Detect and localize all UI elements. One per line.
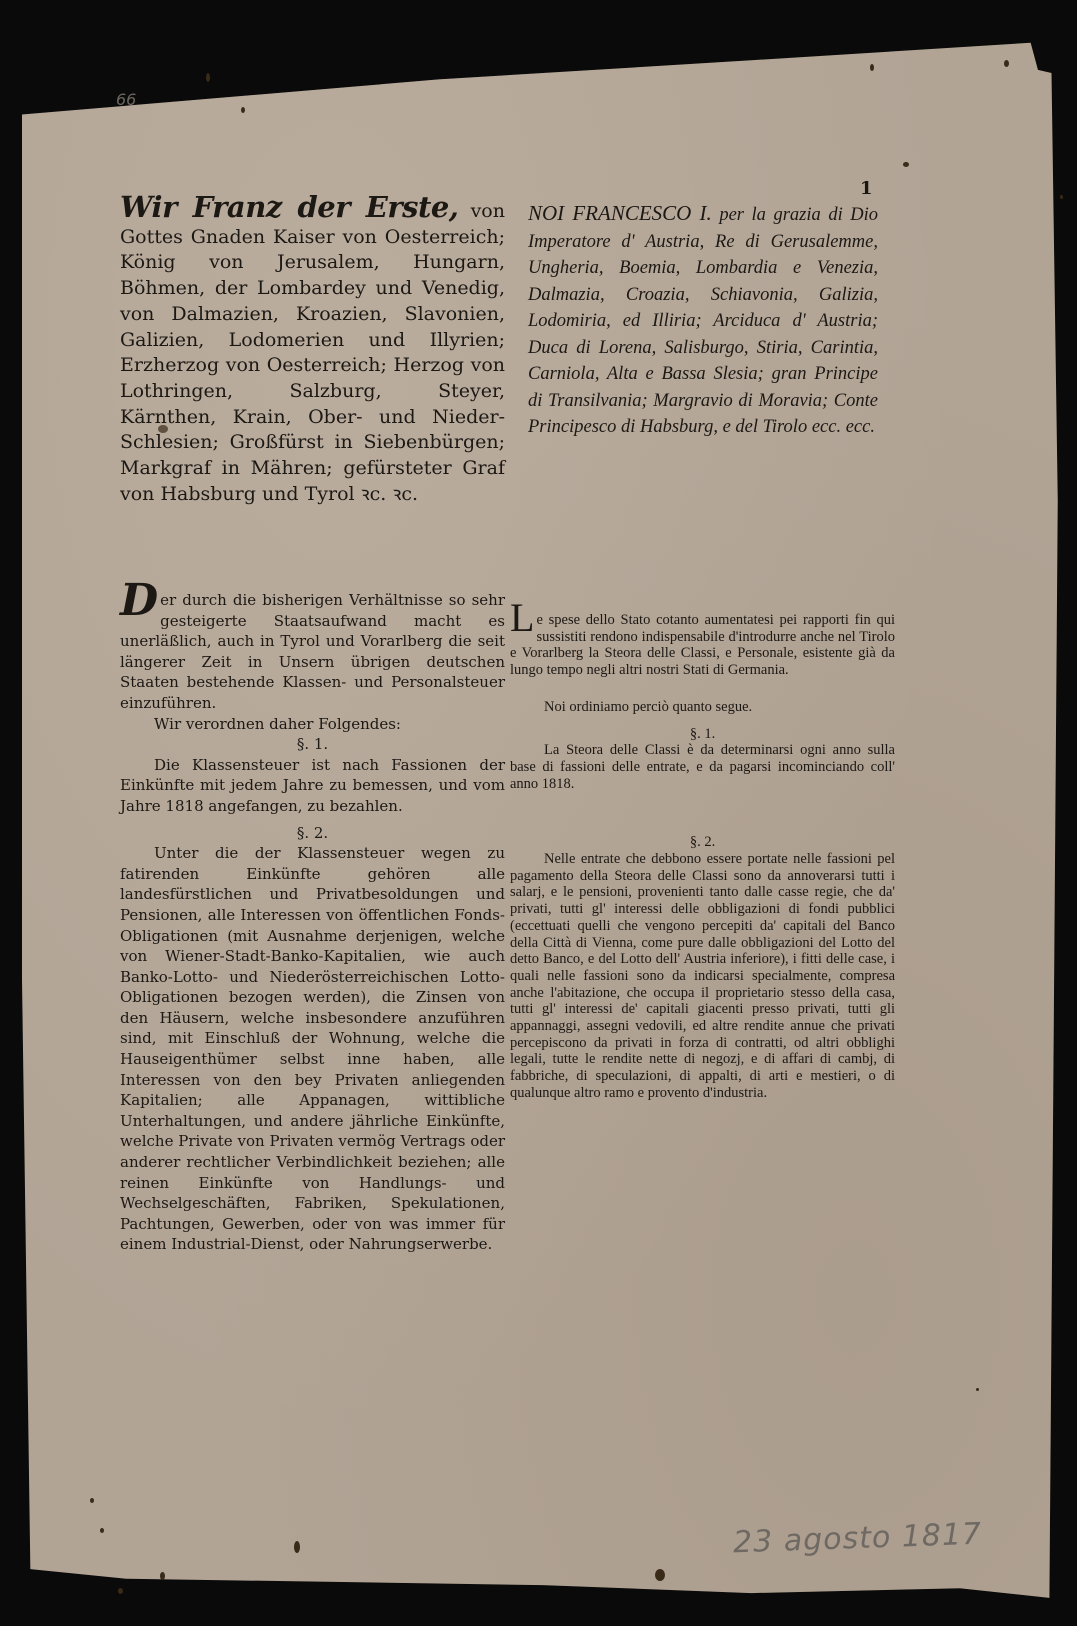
german-section-1-text: Die Klassensteuer ist nach Fassionen der… bbox=[120, 755, 505, 817]
italian-body: Le spese dello Stato cotanto aumentatesi… bbox=[510, 612, 895, 1102]
foxing-stain bbox=[976, 1388, 979, 1391]
italian-section-2-text: Nelle entrate che debbono essere portate… bbox=[510, 851, 895, 1102]
foxing-stain bbox=[160, 1572, 165, 1580]
italian-section-1-heading: §. 1. bbox=[510, 726, 895, 743]
german-title-text: von Gottes Gnaden Kaiser von Oesterreich… bbox=[120, 200, 505, 505]
italian-section-1-text: La Steora delle Classi è da determinarsi… bbox=[510, 742, 895, 792]
printed-page-numeral: 1 bbox=[860, 178, 873, 199]
italian-title-lead: NOI FRANCESCO I. bbox=[528, 201, 712, 225]
foxing-stain bbox=[870, 64, 874, 71]
foxing-stain bbox=[1060, 195, 1063, 199]
german-body: Der durch die bisherigen Verhältnisse so… bbox=[120, 590, 505, 1255]
german-section-1-heading: §. 1. bbox=[120, 734, 505, 755]
foxing-stain bbox=[100, 1528, 104, 1533]
foxing-stain bbox=[655, 1569, 665, 1581]
italian-drop-cap: L bbox=[510, 602, 534, 634]
german-title-block: Wir Franz der Erste, von Gottes Gnaden K… bbox=[120, 195, 505, 507]
pencil-page-number: 66 bbox=[116, 90, 136, 109]
german-title-lead: Wir Franz der Erste, bbox=[120, 190, 458, 224]
german-section-2-heading: §. 2. bbox=[120, 823, 505, 844]
italian-title-text: per la grazia di Dio Imperatore d' Austr… bbox=[528, 205, 878, 437]
italian-title-block: NOI FRANCESCO I. per la grazia di Dio Im… bbox=[528, 200, 878, 441]
italian-decree-line: Noi ordiniamo perciò quanto segue. bbox=[510, 699, 895, 716]
foxing-stain bbox=[241, 107, 245, 113]
german-drop-cap: D bbox=[120, 582, 158, 620]
foxing-stain bbox=[294, 1541, 300, 1553]
italian-section-2-heading: §. 2. bbox=[510, 834, 895, 851]
german-section-2-text: Unter die der Klassensteuer wegen zu fat… bbox=[120, 843, 505, 1255]
foxing-stain bbox=[118, 1588, 123, 1594]
italian-intro-text: e spese dello Stato cotanto aumentatesi … bbox=[510, 612, 895, 678]
german-intro-text: er durch die bisherigen Verhältnisse so … bbox=[120, 591, 505, 712]
foxing-stain bbox=[903, 162, 909, 167]
foxing-stain bbox=[90, 1498, 94, 1503]
foxing-stain bbox=[206, 73, 210, 82]
german-decree-line: Wir verordnen daher Folgendes: bbox=[120, 714, 505, 735]
german-intro-paragraph: Der durch die bisherigen Verhältnisse so… bbox=[120, 590, 505, 714]
italian-intro-paragraph: Le spese dello Stato cotanto aumentatesi… bbox=[510, 612, 895, 679]
foxing-stain bbox=[1004, 60, 1009, 67]
